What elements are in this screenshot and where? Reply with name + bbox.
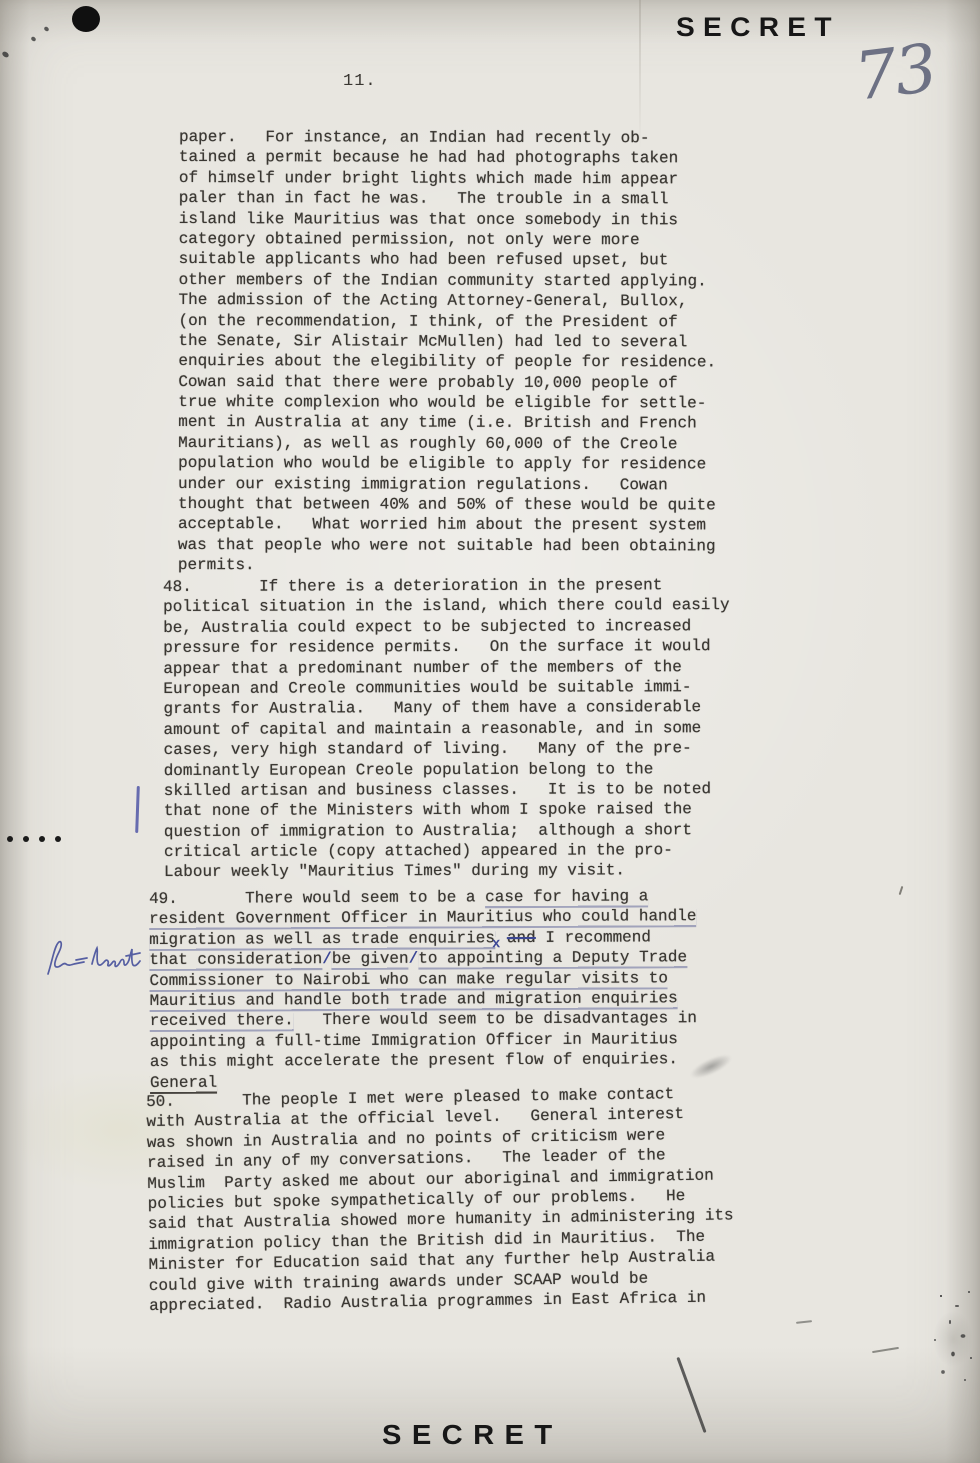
text-line: population who would be eligible to appl… [178,453,716,475]
paragraph-continuation: paper. For instance, an Indian had recen… [178,127,717,577]
text-line: dominantly European Creole population be… [164,759,731,781]
text-line: was that people who were not suitable ha… [178,535,716,557]
text-line: resident Government Officer in Mauritius… [149,907,696,930]
paragraph-48: 48. If there is a deterioration in the p… [163,575,731,883]
text-line: as this might accelerate the present flo… [150,1049,697,1072]
text-line: category obtained permission, not only w… [179,229,717,251]
text-line: island like Mauritius was that once some… [179,209,717,231]
text-line: received there. There would seem to be d… [150,1008,697,1031]
paragraph-49: 49. There would seem to be a case for ha… [149,886,697,1093]
text-line: Labour weekly "Mauritius Times" during m… [164,860,731,882]
document-page: SECRET 11. 73 paper. For instance, an In… [0,0,980,1463]
text-line: (on the recommendation, I think, of the … [178,311,716,333]
text-line: Cowan said that there were probably 10,0… [178,372,716,394]
text-line: other members of the Indian community st… [179,270,717,292]
text-line: that consideration/be given/to appointin… [149,947,696,970]
text-line: pressure for residence permits. On the s… [163,636,730,658]
text-line: acceptable. What worried him about the p… [178,514,716,536]
ink-speck [43,26,49,32]
handwritten-signature [42,934,150,984]
speckle-smudge [923,1284,980,1392]
text-line: skilled artisan and business classes. It… [164,779,731,801]
text-line: be, Australia could expect to be subject… [163,616,730,638]
text-line: Commissioner to Nairobi who can make reg… [149,968,696,991]
pen-tick [899,886,904,895]
text-line: tained a permit because he had had photo… [179,147,717,169]
handwritten-folio-number: 73 [851,29,940,115]
text-line: thought that between 40% and 50% of thes… [178,494,716,516]
text-line: European and Creole communities would be… [163,677,730,699]
text-line: The admission of the Acting Attorney-Gen… [179,290,717,312]
text-line: appear that a predominant number of the … [163,657,730,679]
text-line: true white complexion who would be eligi… [178,392,716,414]
text-line: 49. There would seem to be a case for ha… [149,886,696,909]
pencil-dash [872,1347,899,1353]
pencil-dash [796,1320,812,1323]
text-line: the Senate, Sir Alistair McMullen) had l… [178,331,716,353]
text-line: suitable applicants who had been refused… [179,249,717,271]
text-line: ment in Australia at any time (i.e. Brit… [178,412,716,434]
text-line: question of immigration to Australia; al… [164,820,731,842]
text-line: political situation in the island, which… [163,595,730,617]
text-line: migration as well as trade enquiriesx an… [149,927,696,950]
ink-speck [1,50,10,58]
text-line: enquiries about the elegibility of peopl… [178,351,716,373]
text-line: critical article (copy attached) appeare… [164,840,731,862]
text-line: that none of the Ministers with whom I s… [164,799,731,821]
text-line: grants for Australia. Many of them have … [163,697,730,719]
ink-speck [30,36,36,42]
secret-stamp-top: SECRET [676,12,840,43]
text-line: 48. If there is a deterioration in the p… [163,575,730,597]
secret-stamp-bottom: SECRET [382,1419,563,1451]
margin-four-dots [7,836,61,842]
text-line: amount of capital and maintain a reasona… [163,718,730,740]
vertical-pen-stroke [135,786,140,833]
text-line: under our existing immigration regulatio… [178,474,716,496]
ink-blot [72,6,100,32]
text-line: Mauritius and handle both trade and migr… [150,988,697,1011]
text-line: paler than in fact he was. The trouble i… [179,188,717,210]
text-line: cases, very high standard of living. Man… [164,738,731,760]
text-line: appointing a full-time Immigration Offic… [150,1029,697,1052]
text-line: Mauritians), as well as roughly 60,000 o… [178,433,716,455]
diagonal-pen-stroke [676,1357,706,1433]
text-line: paper. For instance, an Indian had recen… [179,127,717,149]
page-number: 11. [343,72,377,91]
text-line: permits. [178,555,716,577]
paragraph-50: 50. The people I met were pleased to mak… [146,1083,735,1316]
text-line: of himself under bright lights which mad… [179,168,717,190]
